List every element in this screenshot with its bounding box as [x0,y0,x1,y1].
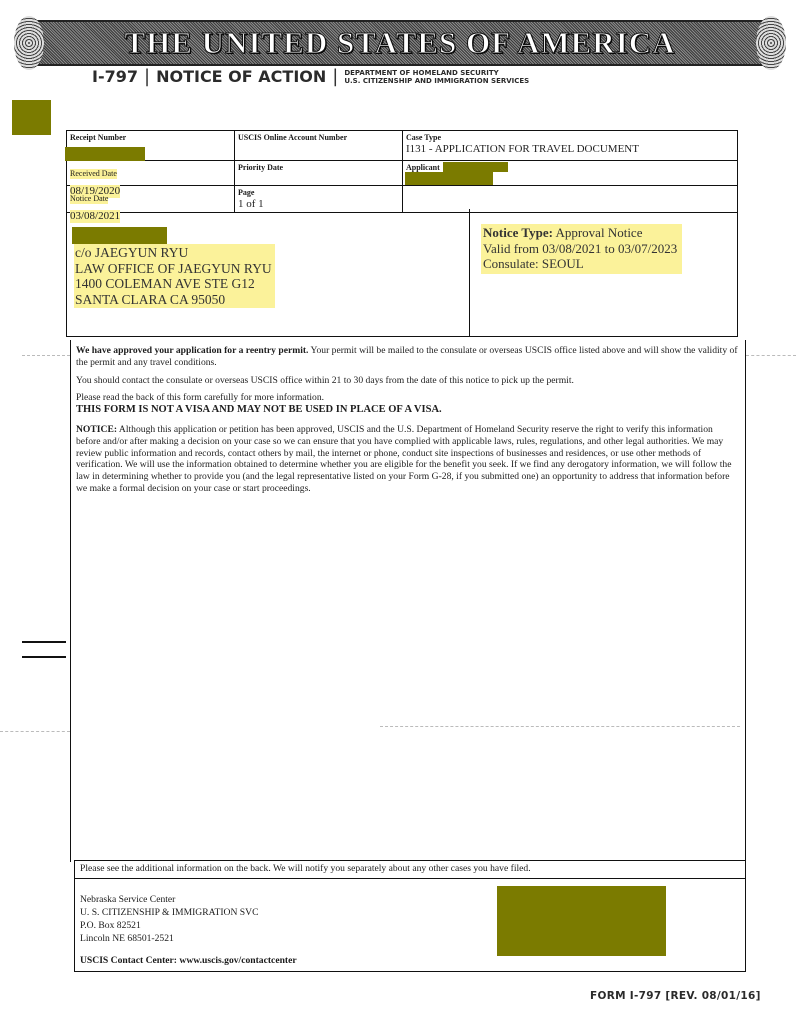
notice-summary: Notice Type: Approval Notice Valid from … [481,224,682,274]
validity-line: Valid from 03/08/2021 to 03/07/2023 [483,241,677,257]
visa-warning: THIS FORM IS NOT A VISA AND MAY NOT BE U… [76,404,442,415]
mailing-address: c/o JAEGYUN RYU LAW OFFICE OF JAEGYUN RY… [74,244,275,308]
scan-artifact-line [22,355,70,356]
header-divider: | [144,66,150,87]
case-type-label: Case Type [406,133,734,143]
case-type-value: I131 - APPLICATION FOR TRAVEL DOCUMENT [406,143,734,156]
pickup-paragraph: You should contact the consulate or over… [76,375,738,387]
case-info-grid: Receipt Number USCIS Online Account Numb… [66,130,738,213]
verification-notice: NOTICE: Although this application or pet… [76,424,738,495]
applicant-redaction [405,172,493,185]
page-label: Page [238,188,399,198]
read-back-text: Please read the back of this form carefu… [76,392,324,403]
received-date-label: Received Date [70,169,117,179]
header-divider: | [332,66,338,87]
priority-date-label: Priority Date [238,163,399,173]
banner-title: THE UNITED STATES OF AMERICA [124,25,675,61]
form-id: I-797 [92,67,138,86]
service-center-line: U. S. CITIZENSHIP & IMMIGRATION SVC [80,906,258,919]
consulate-line: Consulate: SEOUL [483,256,677,272]
received-date-cell: Received Date 08/19/2020 [67,161,235,185]
form-title: NOTICE OF ACTION [156,67,326,86]
service-center-line: Lincoln NE 68501-2521 [80,932,258,945]
notice-type-value: Approval Notice [555,225,642,240]
notice-text: Although this application or petition ha… [76,424,732,494]
form-revision: FORM I-797 [REV. 08/01/16] [590,990,761,1002]
approval-statement: We have approved your application for a … [76,345,308,356]
address-line: 1400 COLEMAN AVE STE G12 [75,276,272,292]
scan-artifact-line [380,726,740,727]
case-type-cell: Case Type I131 - APPLICATION FOR TRAVEL … [403,131,737,160]
scan-artifact-line [746,355,796,356]
service-center-line: Nebraska Service Center [80,893,258,906]
receipt-number-redaction [65,147,145,161]
margin-mark [22,656,66,658]
seal-banner: THE UNITED STATES OF AMERICA [28,20,772,66]
service-center-address: Nebraska Service Center U. S. CITIZENSHI… [80,893,258,945]
address-line: LAW OFFICE OF JAEGYUN RYU [75,261,272,277]
address-line: SANTA CLARA CA 95050 [75,292,272,308]
applicant-cell: Applicant [403,161,737,185]
online-account-cell: USCIS Online Account Number [235,131,403,160]
notice-type-line: Notice Type: Approval Notice [483,225,677,241]
grid-row: Received Date 08/19/2020 Priority Date A… [67,161,737,186]
scan-artifact-line [0,731,70,732]
priority-date-cell: Priority Date [235,161,403,185]
online-account-label: USCIS Online Account Number [238,133,399,143]
redaction-block [12,100,51,135]
applicant-redaction [443,162,508,172]
barcode-redaction [497,886,666,956]
read-back-paragraph: Please read the back of this form carefu… [76,392,738,416]
grid-row: Receipt Number USCIS Online Account Numb… [67,131,737,161]
notice-date-label: Notice Date [70,194,108,204]
service-center-line: P.O. Box 82521 [80,919,258,932]
notice-body: We have approved your application for a … [76,345,738,501]
footer-divider [74,878,746,879]
contact-center: USCIS Contact Center: www.uscis.gov/cont… [80,955,297,966]
agency-name: DEPARTMENT OF HOMELAND SECURITY U.S. CIT… [344,69,529,85]
agency-line-2: U.S. CITIZENSHIP AND IMMIGRATION SERVICE… [344,77,529,85]
notice-type-label: Notice Type: [483,225,553,240]
receipt-number-cell: Receipt Number [67,131,235,160]
receipt-number-label: Receipt Number [70,133,231,143]
additional-info-note: Please see the additional information on… [80,863,531,875]
address-line: c/o JAEGYUN RYU [75,245,272,261]
form-header: I-797 | NOTICE OF ACTION | DEPARTMENT OF… [92,66,529,87]
approval-paragraph: We have approved your application for a … [76,345,738,369]
recipient-name-redaction [72,227,167,244]
notice-label: NOTICE: [76,424,117,435]
agency-line-1: DEPARTMENT OF HOMELAND SECURITY [344,69,498,77]
margin-mark [22,641,66,643]
